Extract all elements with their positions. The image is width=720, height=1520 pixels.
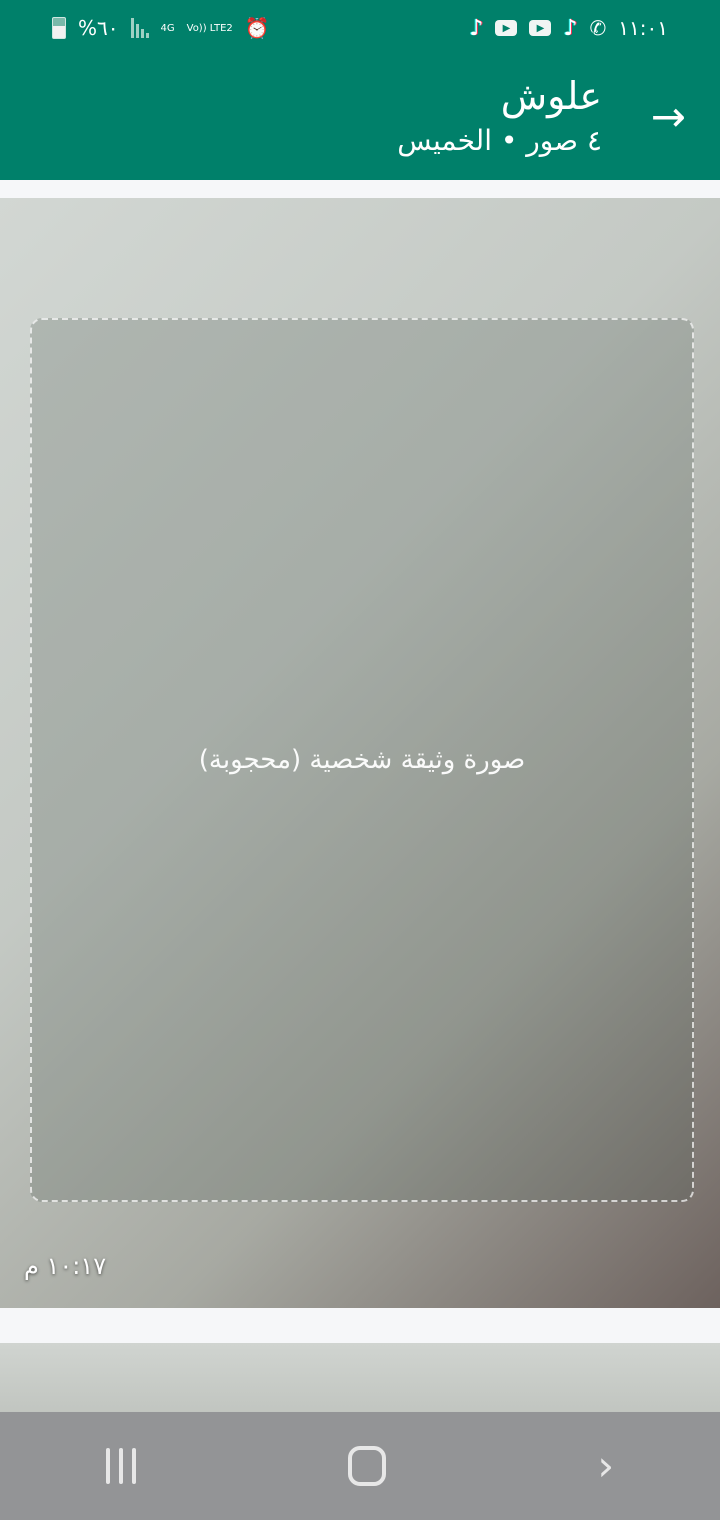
home-button[interactable] — [348, 1446, 386, 1486]
status-right: ♪ ▶ ▶ ♪ ✆ ١١:٠١ — [469, 16, 668, 41]
media-subtitle: ٤ صور • الخميس — [397, 122, 602, 160]
chat-header-info[interactable]: علوش ٤ صور • الخميس — [397, 70, 602, 160]
next-media-photo[interactable] — [0, 1343, 720, 1413]
signal-icon — [131, 18, 149, 38]
battery-icon — [52, 17, 66, 39]
status-clock: ١١:٠١ — [618, 16, 668, 40]
battery-percentage: %٦٠ — [78, 16, 119, 40]
contact-name: علوش — [397, 70, 602, 122]
whatsapp-icon: ✆ — [590, 16, 607, 40]
system-nav-bar: › — [0, 1412, 720, 1520]
youtube-icon: ▶ — [495, 20, 517, 36]
youtube-icon: ▶ — [529, 20, 551, 36]
back-button[interactable]: › — [597, 1445, 614, 1487]
back-arrow-icon[interactable]: → — [651, 92, 686, 142]
photo-placeholder: صورة وثيقة شخصية (محجوبة) — [30, 318, 694, 1202]
app-bar: %٦٠ 4G Vo)) LTE2 ⏰ ♪ ▶ ▶ ♪ ✆ ١١:٠١ علوش … — [0, 0, 720, 180]
tiktok-icon: ♪ — [563, 16, 577, 41]
network-volte: Vo)) LTE2 — [187, 23, 233, 34]
status-left: %٦٠ 4G Vo)) LTE2 ⏰ — [52, 16, 270, 40]
network-4g: 4G — [161, 23, 175, 34]
status-bar: %٦٠ 4G Vo)) LTE2 ⏰ ♪ ▶ ▶ ♪ ✆ ١١:٠١ — [0, 0, 720, 56]
alarm-icon: ⏰ — [245, 16, 270, 40]
recents-button[interactable] — [106, 1448, 136, 1484]
photo-timestamp: ١٠:١٧ م — [24, 1252, 106, 1280]
media-photo[interactable]: صورة وثيقة شخصية (محجوبة) ١٠:١٧ م — [0, 198, 720, 1308]
tiktok-icon: ♪ — [469, 16, 483, 41]
